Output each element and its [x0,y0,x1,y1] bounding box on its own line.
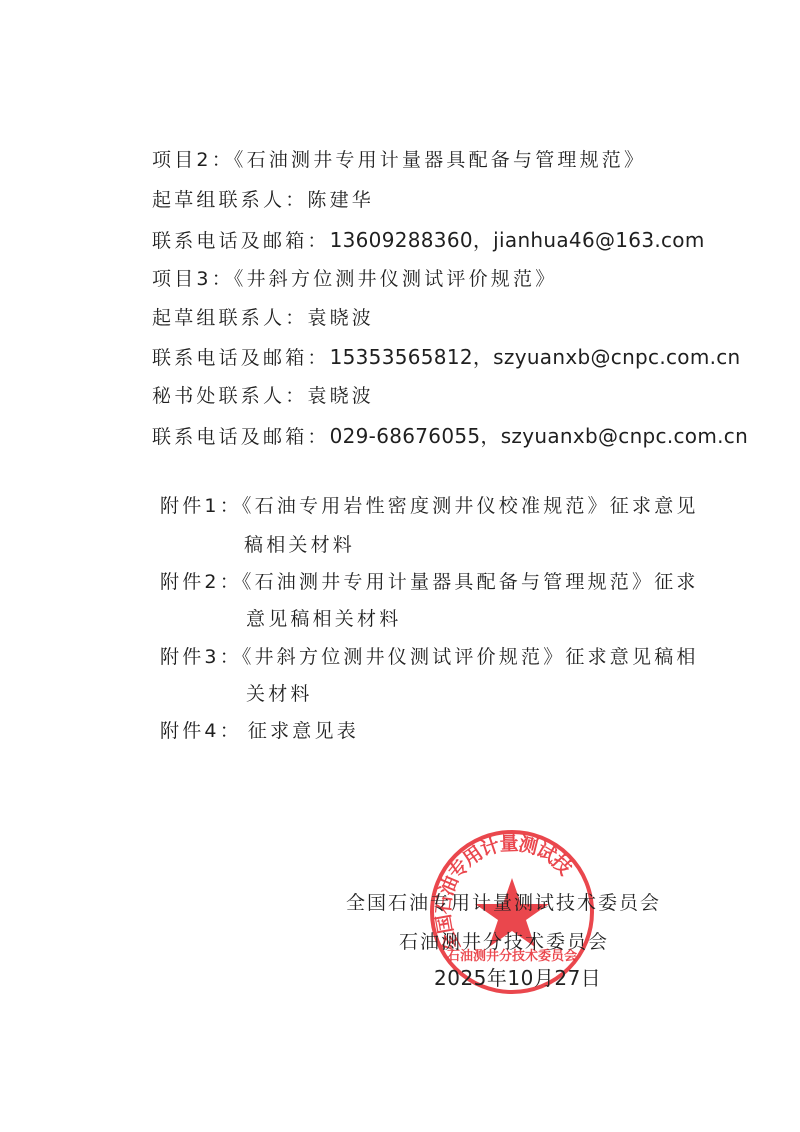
secretariat-contact: 联系电话及邮箱：029-68676055，szyuanxb@cnpc.com.c… [152,424,748,449]
signature-org-2: 石油测井分技术委员会 [399,930,609,954]
signature-date: 2025年10月27日 [434,966,601,990]
attachment-1: 附件1：《石油专用岩性密度测井仪校准规范》征求意见 [160,494,699,518]
attachment-label: 附件4： [160,720,242,742]
attachment-1-cont: 稿相关材料 [244,533,355,557]
drafter-name: 袁晓波 [307,307,374,329]
attachment-title: 征求意见表 [248,720,359,742]
attachment-3-cont: 关材料 [246,682,313,706]
drafter-label: 起草组联系人： [152,307,307,329]
contact-value: 029-68676055，szyuanxb@cnpc.com.cn [330,424,748,448]
secretariat-label: 秘书处联系人： [152,385,307,407]
attachment-title: 《石油专用岩性密度测井仪校准规范》征求意见 [242,495,699,517]
attachment-label: 附件3： [160,646,242,668]
project-2-drafter: 起草组联系人：陈建华 [152,188,374,212]
attachment-4: 附件4：征求意见表 [160,719,359,743]
attachment-2-cont: 意见稿相关材料 [246,607,401,631]
signature-org-1: 全国石油专用计量测试技术委员会 [346,891,661,915]
contact-value: 15353565812，szyuanxb@cnpc.com.cn [330,345,741,369]
attachment-label: 附件2： [160,571,242,593]
attachment-3: 附件3：《井斜方位测井仪测试评价规范》征求意见稿相 [160,645,699,669]
contact-label: 联系电话及邮箱： [152,426,330,448]
secretariat-contact-person: 秘书处联系人：袁晓波 [152,384,374,408]
project-3-contact: 联系电话及邮箱：15353565812，szyuanxb@cnpc.com.cn [152,345,741,370]
drafter-name: 陈建华 [307,189,374,211]
project-3-drafter: 起草组联系人：袁晓波 [152,306,374,330]
attachment-title: 《井斜方位测井仪测试评价规范》征求意见稿相 [242,646,699,668]
contact-label: 联系电话及邮箱： [152,230,330,252]
attachment-title: 《石油测井专用计量器具配备与管理规范》征求 [242,571,699,593]
contact-label: 联系电话及邮箱： [152,347,330,369]
attachment-2: 附件2：《石油测井专用计量器具配备与管理规范》征求 [160,570,699,594]
project-2-contact: 联系电话及邮箱：13609288360，jianhua46@163.com [152,228,705,253]
drafter-label: 起草组联系人： [152,189,307,211]
project-3-title: 项目3：《井斜方位测井仪测试评价规范》 [152,267,557,291]
attachment-label: 附件1： [160,495,242,517]
contact-value: 13609288360，jianhua46@163.com [330,228,705,252]
project-2-title: 项目2：《石油测井专用计量器具配备与管理规范》 [152,148,646,172]
secretariat-name: 袁晓波 [307,385,374,407]
